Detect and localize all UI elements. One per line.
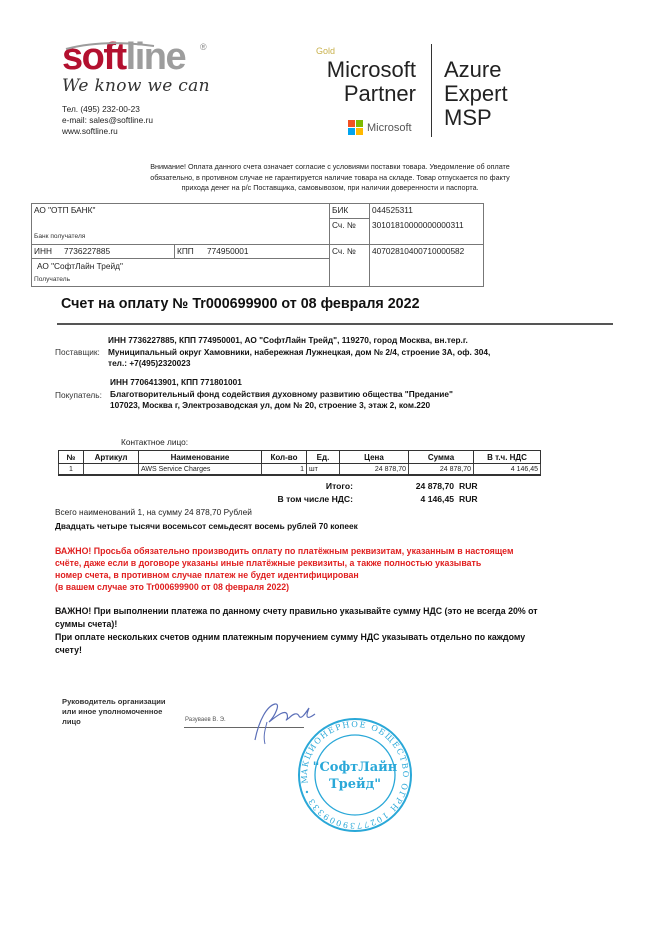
supplier-label: Поставщик: <box>55 347 100 357</box>
warning-black-line1: ВАЖНО! При выполнении платежа по данному… <box>55 605 615 618</box>
inn-label: ИНН <box>34 246 52 256</box>
recipient-name: АО "СофтЛайн Трейд" <box>37 261 123 271</box>
amount-in-words: Двадцать четыре тысячи восемьсот семьдес… <box>55 521 358 531</box>
invoice-title: Счет на оплату № Tr000699900 от 08 февра… <box>61 296 420 312</box>
col-header-unit: Ед. <box>307 451 340 464</box>
vat-total-value: 4 146,45 <box>392 494 454 504</box>
col-header-name: Наименование <box>139 451 262 464</box>
logo-slogan: We know we can <box>62 76 210 96</box>
kpp-value: 774950001 <box>207 246 249 256</box>
ms-partner-line1: Microsoft <box>314 58 416 82</box>
inn-value: 7736227885 <box>64 246 110 256</box>
signatory-name: Разуваев В. Э. <box>185 717 226 723</box>
total-value: 24 878,70 <box>392 481 454 491</box>
supplier-line1: ИНН 7736227885, КПП 774950001, АО "СофтЛ… <box>108 335 490 347</box>
logo-swoosh-icon <box>64 41 156 51</box>
col-header-sum: Сумма <box>409 451 474 464</box>
notice-line3: прихода денег на р/с Поставщика, самовыв… <box>100 183 560 194</box>
svg-text:Трейд": Трейд" <box>329 777 381 792</box>
vat-total-currency: RUR <box>459 494 478 504</box>
company-contacts: Тел. (495) 232-00-23 e-mail: sales@softl… <box>62 104 153 137</box>
col-header-article: Артикул <box>84 451 139 464</box>
signatory-role: Руководитель организации или иное уполно… <box>62 697 166 727</box>
item-article <box>84 464 139 476</box>
buyer-details: ИНН 7706413901, КПП 771801001 Благотвори… <box>110 377 453 412</box>
registered-mark: ® <box>200 42 207 52</box>
corr-account-label: Сч. № <box>332 220 356 230</box>
payment-notice: Внимание! Оплата данного счета означает … <box>100 162 560 194</box>
contact-website: www.softline.ru <box>62 126 153 137</box>
item-number: 1 <box>59 464 84 476</box>
supplier-details: ИНН 7736227885, КПП 774950001, АО "СофтЛ… <box>108 335 490 370</box>
item-vat: 4 146,45 <box>474 464 541 476</box>
signatory-role-line2: или иное уполномоченное <box>62 707 166 717</box>
partner-tier: Gold <box>316 46 335 56</box>
buyer-label: Покупатель: <box>55 390 102 400</box>
warning-red-line3: номер счета, в противном случае платеж н… <box>55 569 615 581</box>
buyer-line3: 107023, Москва г, Электрозаводская ул, д… <box>110 400 453 412</box>
col-header-vat: В т.ч. НДС <box>474 451 541 464</box>
corr-account-value: 30101810000000000311 <box>372 220 464 230</box>
account-label: Сч. № <box>332 246 356 256</box>
item-price: 24 878,70 <box>340 464 409 476</box>
contact-email: e-mail: sales@softline.ru <box>62 115 153 126</box>
supplier-line2: Муниципальный округ Хамовники, набережна… <box>108 347 490 359</box>
total-currency: RUR <box>459 481 478 491</box>
contact-phone: Тел. (495) 232-00-23 <box>62 104 153 115</box>
signatory-role-line3: лицо <box>62 717 166 727</box>
item-name: AWS Service Charges <box>139 464 262 476</box>
azure-expert-msp: Azure Expert MSP <box>444 58 508 130</box>
title-divider <box>57 323 613 325</box>
warning-black-line4: счету! <box>55 644 615 657</box>
account-value: 40702810400710000582 <box>372 246 464 256</box>
buyer-line1: ИНН 7706413901, КПП 771801001 <box>110 377 453 389</box>
items-header-row: № Артикул Наименование Кол-во Ед. Цена С… <box>59 451 541 464</box>
item-unit: шт <box>307 464 340 476</box>
item-sum: 24 878,70 <box>409 464 474 476</box>
microsoft-brand-text: Microsoft <box>367 122 412 134</box>
bik-value: 044525311 <box>372 205 413 215</box>
microsoft-brand: Microsoft <box>348 120 412 135</box>
kpp-label: КПП <box>177 246 194 256</box>
warning-black-line2: суммы счета)! <box>55 618 615 631</box>
vat-warning: ВАЖНО! При выполнении платежа по данному… <box>55 605 615 657</box>
col-header-qty: Кол-во <box>262 451 307 464</box>
bik-label: БИК <box>332 205 348 215</box>
company-stamp-icon: АКЦИОНЕРНОЕ ОБЩЕСТВО ОГРН 1027739009333 … <box>296 716 414 834</box>
payment-warning-red: ВАЖНО! Просьба обязательно производить о… <box>55 545 615 593</box>
azure-line2: Expert <box>444 82 508 106</box>
total-label: Итого: <box>243 481 353 491</box>
signatory-role-line1: Руководитель организации <box>62 697 166 707</box>
col-header-price: Цена <box>340 451 409 464</box>
buyer-line2: Благотворительный фонд содействия духовн… <box>110 389 453 401</box>
ms-partner-line2: Partner <box>314 82 416 106</box>
vat-total-label: В том числе НДС: <box>243 494 353 504</box>
ms-partner-title: Microsoft Partner <box>314 58 416 106</box>
warning-red-line4: (в вашем случае это Tr000699900 от 08 фе… <box>55 581 615 593</box>
azure-line1: Azure <box>444 58 508 82</box>
bank-label: Банк получателя <box>34 233 85 240</box>
supplier-line3: тел.: +7(495)2320023 <box>108 358 490 370</box>
azure-line3: MSP <box>444 106 508 130</box>
bank-details-table: АО "ОТП БАНК" Банк получателя БИК 044525… <box>31 203 484 287</box>
col-header-number: № <box>59 451 84 464</box>
item-qty: 1 <box>262 464 307 476</box>
recipient-label: Получатель <box>34 276 70 283</box>
partner-divider <box>431 44 432 137</box>
svg-text:"СофтЛайн: "СофтЛайн <box>313 760 398 775</box>
table-row: 1 AWS Service Charges 1 шт 24 878,70 24 … <box>59 464 541 476</box>
notice-line1: Внимание! Оплата данного счета означает … <box>100 162 560 173</box>
notice-line2: обязательно, в противном случае не гаран… <box>100 173 560 184</box>
contact-person-label: Контактное лицо: <box>121 437 188 447</box>
items-summary: Всего наименований 1, на сумму 24 878,70… <box>55 507 252 517</box>
warning-black-line3: При оплате нескольких счетов одним плате… <box>55 631 615 644</box>
items-table: № Артикул Наименование Кол-во Ед. Цена С… <box>58 450 541 476</box>
warning-red-line1: ВАЖНО! Просьба обязательно производить о… <box>55 545 615 557</box>
microsoft-logo-icon <box>348 120 363 135</box>
bank-name: АО "ОТП БАНК" <box>34 205 95 215</box>
warning-red-line2: счёте, даже если в договоре указаны иные… <box>55 557 615 569</box>
